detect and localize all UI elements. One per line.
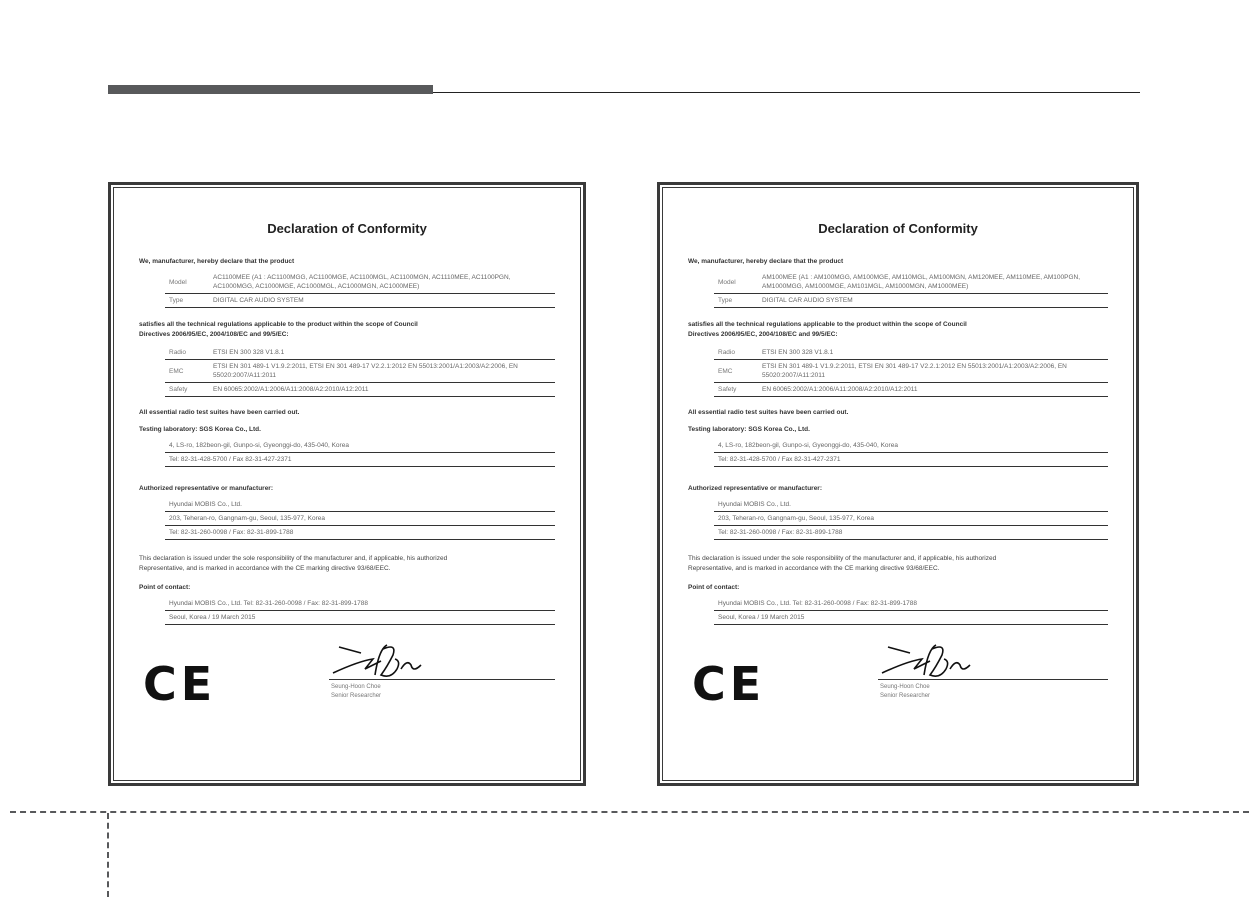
type-value: DIGITAL CAR AUDIO SYSTEM — [758, 294, 1108, 308]
intro-text: We, manufacturer, hereby declare that th… — [139, 258, 555, 265]
type-label: Type — [165, 294, 209, 308]
emc-label: EMC — [714, 360, 758, 383]
declaration-document-right: Declaration of Conformity We, manufactur… — [657, 182, 1139, 786]
signature-area: CE Seung-Hoon Choe Senior Researcher — [139, 639, 555, 719]
header-rule — [433, 92, 1140, 93]
standards-table: Radio ETSI EN 300 328 V1.8.1 EMC ETSI EN… — [714, 346, 1108, 397]
signer-title: Senior Researcher — [331, 692, 381, 701]
signature-area: CE Seung-Hoon Choe Senior Researcher — [688, 639, 1108, 719]
footer-dashed-rule — [10, 811, 1249, 813]
testing-lab-phone: Tel: 82-31-428-5700 / Fax 82-31-427-2371 — [165, 453, 555, 467]
testing-lab-phone: Tel: 82-31-428-5700 / Fax 82-31-427-2371 — [714, 453, 1108, 467]
table-row: Radio ETSI EN 300 328 V1.8.1 — [714, 346, 1108, 360]
testing-lab-details: 4, LS-ro, 182beon-gil, Gunpo-si, Gyeongg… — [714, 439, 1108, 467]
signer-title: Senior Researcher — [880, 692, 930, 701]
contact-place-date: Seoul, Korea / 19 March 2015 — [165, 611, 555, 625]
signature-line — [329, 679, 555, 680]
emc-value: ETSI EN 301 489-1 V1.9.2:2011, ETSI EN 3… — [758, 360, 1108, 383]
directives-text: Directives 2006/95/EC, 2004/108/EC and 9… — [688, 330, 1108, 340]
emc-label: EMC — [165, 360, 209, 383]
standards-table: Radio ETSI EN 300 328 V1.8.1 EMC ETSI EN… — [165, 346, 555, 397]
ce-mark-icon: CE — [143, 657, 216, 711]
type-label: Type — [714, 294, 758, 308]
radio-tests-text: All essential radio test suites have bee… — [688, 409, 1108, 416]
table-row: EMC ETSI EN 301 489-1 V1.9.2:2011, ETSI … — [165, 360, 555, 383]
authorized-phone: Tel: 82-31-260-0098 / Fax: 82-31-899-178… — [165, 526, 555, 540]
type-value: DIGITAL CAR AUDIO SYSTEM — [209, 294, 555, 308]
emc-value: ETSI EN 301 489-1 V1.9.2:2011, ETSI EN 3… — [209, 360, 555, 383]
testing-lab-address: 4, LS-ro, 182beon-gil, Gunpo-si, Gyeongg… — [165, 439, 555, 453]
responsibility-text: This declaration is issued under the sol… — [688, 554, 1108, 564]
table-row: Type DIGITAL CAR AUDIO SYSTEM — [165, 294, 555, 308]
product-table: Model AM100MEE (A1 : AM100MGG, AM100MGE,… — [714, 271, 1108, 308]
model-label: Model — [714, 271, 758, 294]
document-title: Declaration of Conformity — [688, 221, 1108, 236]
table-row: Radio ETSI EN 300 328 V1.8.1 — [165, 346, 555, 360]
model-value: AC1100MEE (A1 : AC1100MGG, AC1100MGE, AC… — [209, 271, 555, 294]
model-value: AM100MEE (A1 : AM100MGG, AM100MGE, AM110… — [758, 271, 1108, 294]
authorized-company: Hyundai MOBIS Co., Ltd. — [165, 498, 555, 512]
radio-label: Radio — [714, 346, 758, 360]
footer-dashed-divider — [107, 813, 109, 897]
signer-name: Seung-Hoon Choe — [880, 683, 930, 692]
contact-heading: Point of contact: — [139, 584, 555, 591]
table-row: Model AM100MEE (A1 : AM100MGG, AM100MGE,… — [714, 271, 1108, 294]
testing-lab-heading: Testing laboratory: SGS Korea Co., Ltd. — [139, 426, 555, 433]
satisfies-text: satisfies all the technical regulations … — [139, 320, 555, 330]
safety-label: Safety — [165, 383, 209, 397]
safety-value: EN 60065:2002/A1:2006/A11:2008/A2:2010/A… — [209, 383, 555, 397]
document-title: Declaration of Conformity — [139, 221, 555, 236]
directives-text: Directives 2006/95/EC, 2004/108/EC and 9… — [139, 330, 555, 340]
contact-heading: Point of contact: — [688, 584, 1108, 591]
signature-line — [878, 679, 1108, 680]
contact-details: Hyundai MOBIS Co., Ltd. Tel: 82-31-260-0… — [165, 597, 555, 625]
authorized-heading: Authorized representative or manufacture… — [139, 485, 555, 492]
testing-lab-details: 4, LS-ro, 182beon-gil, Gunpo-si, Gyeongg… — [165, 439, 555, 467]
authorized-company: Hyundai MOBIS Co., Ltd. — [714, 498, 1108, 512]
responsibility-text: This declaration is issued under the sol… — [139, 554, 555, 564]
safety-label: Safety — [714, 383, 758, 397]
authorized-address: 203, Teheran-ro, Gangnam-gu, Seoul, 135-… — [714, 512, 1108, 526]
signer-name: Seung-Hoon Choe — [331, 683, 381, 692]
header-accent-bar — [108, 85, 433, 94]
table-row: EMC ETSI EN 301 489-1 V1.9.2:2011, ETSI … — [714, 360, 1108, 383]
authorized-details: Hyundai MOBIS Co., Ltd. 203, Teheran-ro,… — [165, 498, 555, 540]
radio-tests-text: All essential radio test suites have bee… — [139, 409, 555, 416]
testing-lab-address: 4, LS-ro, 182beon-gil, Gunpo-si, Gyeongg… — [714, 439, 1108, 453]
contact-place-date: Seoul, Korea / 19 March 2015 — [714, 611, 1108, 625]
responsibility-text-2: Representative, and is marked in accorda… — [688, 564, 1108, 574]
table-row: Safety EN 60065:2002/A1:2006/A11:2008/A2… — [165, 383, 555, 397]
contact-company: Hyundai MOBIS Co., Ltd. Tel: 82-31-260-0… — [714, 597, 1108, 611]
safety-value: EN 60065:2002/A1:2006/A11:2008/A2:2010/A… — [758, 383, 1108, 397]
model-label: Model — [165, 271, 209, 294]
testing-lab-heading: Testing laboratory: SGS Korea Co., Ltd. — [688, 426, 1108, 433]
authorized-address: 203, Teheran-ro, Gangnam-gu, Seoul, 135-… — [165, 512, 555, 526]
contact-details: Hyundai MOBIS Co., Ltd. Tel: 82-31-260-0… — [714, 597, 1108, 625]
product-table: Model AC1100MEE (A1 : AC1100MGG, AC1100M… — [165, 271, 555, 308]
radio-label: Radio — [165, 346, 209, 360]
declaration-document-left: Declaration of Conformity We, manufactur… — [108, 182, 586, 786]
responsibility-text-2: Representative, and is marked in accorda… — [139, 564, 555, 574]
authorized-heading: Authorized representative or manufacture… — [688, 485, 1108, 492]
table-row: Type DIGITAL CAR AUDIO SYSTEM — [714, 294, 1108, 308]
ce-mark-icon: CE — [692, 657, 765, 711]
contact-company: Hyundai MOBIS Co., Ltd. Tel: 82-31-260-0… — [165, 597, 555, 611]
table-row: Model AC1100MEE (A1 : AC1100MGG, AC1100M… — [165, 271, 555, 294]
radio-value: ETSI EN 300 328 V1.8.1 — [758, 346, 1108, 360]
table-row: Safety EN 60065:2002/A1:2006/A11:2008/A2… — [714, 383, 1108, 397]
authorized-phone: Tel: 82-31-260-0098 / Fax: 82-31-899-178… — [714, 526, 1108, 540]
radio-value: ETSI EN 300 328 V1.8.1 — [209, 346, 555, 360]
intro-text: We, manufacturer, hereby declare that th… — [688, 258, 1108, 265]
authorized-details: Hyundai MOBIS Co., Ltd. 203, Teheran-ro,… — [714, 498, 1108, 540]
satisfies-text: satisfies all the technical regulations … — [688, 320, 1108, 330]
